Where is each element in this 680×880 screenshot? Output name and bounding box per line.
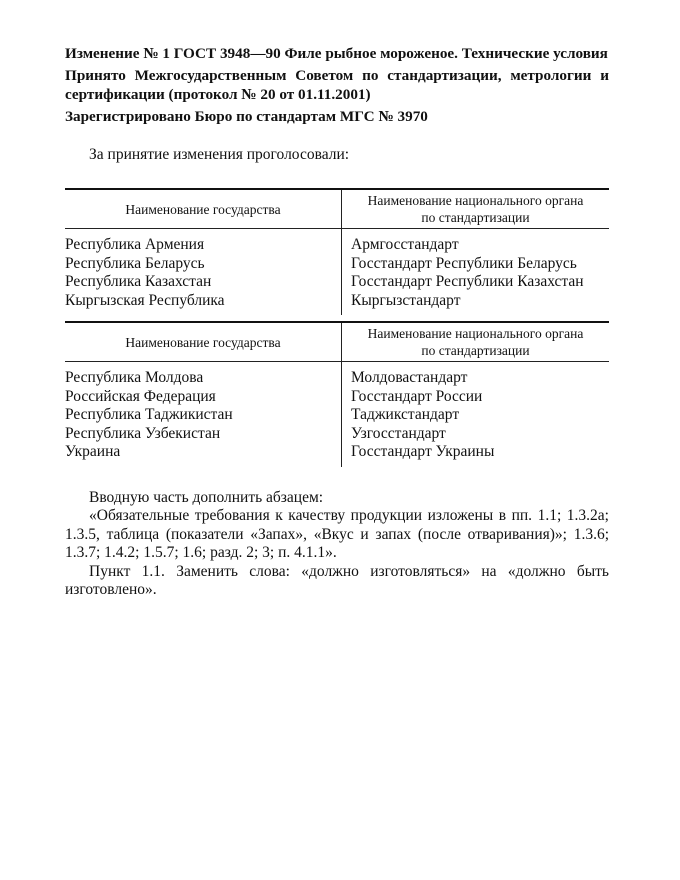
registration-note: Зарегистрировано Бюро по стандартам МГС … — [65, 107, 609, 126]
paragraph: «Обязательные требования к качеству прод… — [65, 507, 609, 563]
standards-body-name: Узгосстандарт — [342, 425, 610, 444]
standards-body-name: Госстандарт Республики Беларусь — [342, 255, 610, 274]
standards-body-name: Молдовастандарт — [342, 362, 610, 388]
column-header-body: Наименование национального органа по ста… — [342, 322, 610, 362]
standards-body-name: Таджикстандарт — [342, 406, 610, 425]
table-row: Республика КазахстанГосстандарт Республи… — [65, 273, 609, 292]
state-name: Республика Армения — [65, 229, 342, 255]
standards-body-name: Кыргызстандарт — [342, 292, 610, 316]
state-name: Республика Таджикистан — [65, 406, 342, 425]
standards-body-name: Госстандарт Республики Казахстан — [342, 273, 610, 292]
table-row: Республика ТаджикистанТаджикстандарт — [65, 406, 609, 425]
standards-body-name: Армгосстандарт — [342, 229, 610, 255]
column-header-body-text: Наименование национального органа по ста… — [366, 325, 586, 359]
document-page: Изменение № 1 ГОСТ 3948—90 Филе рыбное м… — [65, 44, 609, 600]
voting-table-1: Наименование государства Наименование на… — [65, 188, 609, 315]
standards-body-name: Госстандарт России — [342, 388, 610, 407]
standards-body-name: Госстандарт Украины — [342, 443, 610, 467]
column-header-state: Наименование государства — [65, 322, 342, 362]
table-row: Российская ФедерацияГосстандарт России — [65, 388, 609, 407]
state-name: Украина — [65, 443, 342, 467]
table-row: Республика МолдоваМолдовастандарт — [65, 362, 609, 388]
amendment-title: Изменение № 1 ГОСТ 3948—90 Филе рыбное м… — [65, 44, 609, 63]
state-name: Республика Узбекистан — [65, 425, 342, 444]
table-row: Республика АрменияАрмгосстандарт — [65, 229, 609, 255]
column-header-body: Наименование национального органа по ста… — [342, 189, 610, 229]
table-row: Кыргызская РеспубликаКыргызстандарт — [65, 292, 609, 316]
paragraph: Вводную часть дополнить абзацем: — [65, 489, 609, 508]
voting-intro: За принятие изменения проголосовали: — [89, 145, 609, 165]
state-name: Кыргызская Республика — [65, 292, 342, 316]
column-header-body-text: Наименование национального органа по ста… — [366, 192, 586, 226]
table-row: Республика БеларусьГосстандарт Республик… — [65, 255, 609, 274]
table-row: УкраинаГосстандарт Украины — [65, 443, 609, 467]
voting-table-2: Наименование государства Наименование на… — [65, 321, 609, 467]
table-row: Республика УзбекистанУзгосстандарт — [65, 425, 609, 444]
state-name: Республика Молдова — [65, 362, 342, 388]
state-name: Российская Федерация — [65, 388, 342, 407]
adoption-note: Принято Межгосударственным Советом по ст… — [65, 66, 609, 104]
state-name: Республика Казахстан — [65, 273, 342, 292]
paragraph: Пункт 1.1. Заменить слова: «должно изгот… — [65, 563, 609, 600]
amendment-body: Вводную часть дополнить абзацем: «Обязат… — [65, 489, 609, 600]
state-name: Республика Беларусь — [65, 255, 342, 274]
column-header-state: Наименование государства — [65, 189, 342, 229]
